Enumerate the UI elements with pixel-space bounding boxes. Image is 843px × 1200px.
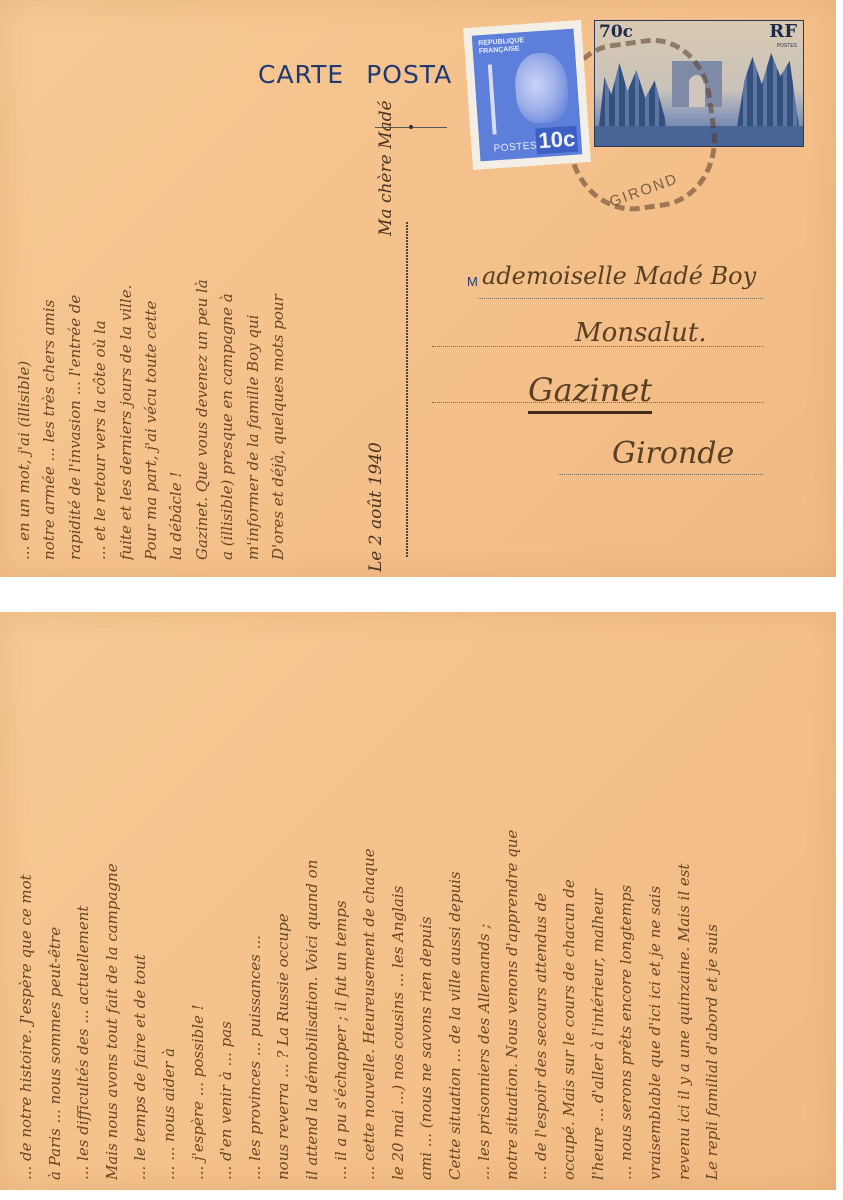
- letter-line: il attend la démobilisation. Voici quand…: [298, 625, 327, 1180]
- letter-line: ... d'en venir à ... pas: [212, 625, 241, 1180]
- letter-line: ... les prisonniers des Allemands ;: [470, 625, 499, 1180]
- stamp-country: RF: [769, 21, 797, 42]
- letter-line: Pour ma part, j'ai vécu toute cette: [139, 100, 164, 560]
- letter-line: a (illisible) presque en campagne à: [215, 100, 240, 560]
- letter-line: Le repli familial d'abord et je suis: [698, 625, 727, 1180]
- title-word-postale: POSTA: [366, 60, 452, 89]
- letter-line: occupé. Mais sur le cours de chacun de: [555, 625, 584, 1180]
- letter-line: ami ... (nous ne savons rien depuis: [412, 625, 441, 1180]
- letter-date: Le 2 août 1940: [366, 442, 386, 572]
- letter-line: rapidité de l'invasion ... l'entrée de: [63, 100, 88, 560]
- stamp-label: POSTES: [493, 140, 537, 154]
- caduceus-icon: [488, 64, 497, 134]
- address-line-1-rule: [478, 298, 763, 299]
- letter-text-back: ... de notre histoire. J'espère que ce m…: [12, 625, 727, 1180]
- country-line-2: FRANÇAISE: [479, 45, 525, 56]
- letter-line: Mais nous avons tout fait de la campagne: [98, 625, 127, 1180]
- stamp-value: 70c: [599, 22, 633, 42]
- address-recipient: ademoiselle Madé Boy: [482, 262, 756, 290]
- letter-line: Gazinet. Que vous devenez un peu là: [190, 100, 215, 560]
- letter-line: ... de notre histoire. J'espère que ce m…: [12, 625, 41, 1180]
- letter-line: fuite et les derniers jours de la ville.: [114, 100, 139, 560]
- letter-line: vraisemblable que d'ici ici et je ne sai…: [641, 625, 670, 1180]
- letter-line: notre situation. Nous venons d'apprendre…: [498, 625, 527, 1180]
- stamp-country: REPUBLIQUE FRANÇAISE: [478, 37, 525, 56]
- trees-right-icon: [737, 49, 799, 127]
- printed-title: CARTEPOSTA: [258, 60, 452, 89]
- letter-line: ... le temps de faire et de tout: [126, 625, 155, 1180]
- letter-line: m'informer de la famille Boy qui: [241, 100, 266, 560]
- title-word-carte: CARTE: [258, 60, 344, 89]
- address-street: Monsalut.: [575, 318, 707, 348]
- letter-line: ... nous serons prêts encore longtemps: [612, 625, 641, 1180]
- letter-line: ... les difficultés des ... actuellement: [69, 625, 98, 1180]
- letter-greeting: Ma chère Madé: [376, 100, 396, 236]
- letter-line: nous reverra ... ? La Russie occupe: [269, 625, 298, 1180]
- separator-dot: [409, 125, 413, 129]
- stamp-mercury: REPUBLIQUE FRANÇAISE POSTES 10c: [463, 20, 591, 170]
- letter-line: ... en un mot, j'ai (illisible): [12, 100, 37, 560]
- address-printed-prefix: M: [467, 274, 478, 289]
- letter-line: le 20 mai ...) nos cousins ... les Angla…: [384, 625, 413, 1180]
- address-department: Gironde: [612, 436, 734, 471]
- letter-line: ... les provinces ... puissances ...: [241, 625, 270, 1180]
- letter-line: la débâcle !: [164, 100, 189, 560]
- letter-line: ... et le retour vers la côte où la: [88, 100, 113, 560]
- letter-line: revenu ici il y a une quinzaine. Mais il…: [670, 625, 699, 1180]
- letter-line: l'heure ... d'aller à l'intérieur, malhe…: [584, 625, 613, 1180]
- stamp-label: POSTES: [777, 43, 797, 49]
- mercury-head-icon: [513, 51, 570, 124]
- postcard-front: CARTEPOSTA 70c RF POSTES GIROND REPUBLIQ…: [0, 0, 836, 577]
- address-town: Gazinet: [528, 371, 652, 414]
- letter-text-front: ... en un mot, j'ai (illisible) notre ar…: [12, 100, 291, 560]
- letter-line: Cette situation ... de la ville aussi de…: [441, 625, 470, 1180]
- letter-line: D'ores et déjà, quelques mots pour: [266, 100, 291, 560]
- letter-line: ... de l'espoir des secours attendus de: [527, 625, 556, 1180]
- letter-line: notre armée ... les très chers amis: [37, 100, 62, 560]
- letter-line: ... il a pu s'échapper ; il fut un temps: [327, 625, 356, 1180]
- letter-line: ... j'espère ... possible !: [184, 625, 213, 1180]
- letter-line: ... ... nous aider à: [155, 625, 184, 1180]
- letter-line: ... cette nouvelle. Heureusement de chaq…: [355, 625, 384, 1180]
- vertical-divider: [406, 222, 408, 558]
- letter-line: à Paris ... nous sommes peut-être: [41, 625, 70, 1180]
- stamp-value: 10c: [536, 126, 578, 155]
- address-line-4-rule: [558, 474, 763, 475]
